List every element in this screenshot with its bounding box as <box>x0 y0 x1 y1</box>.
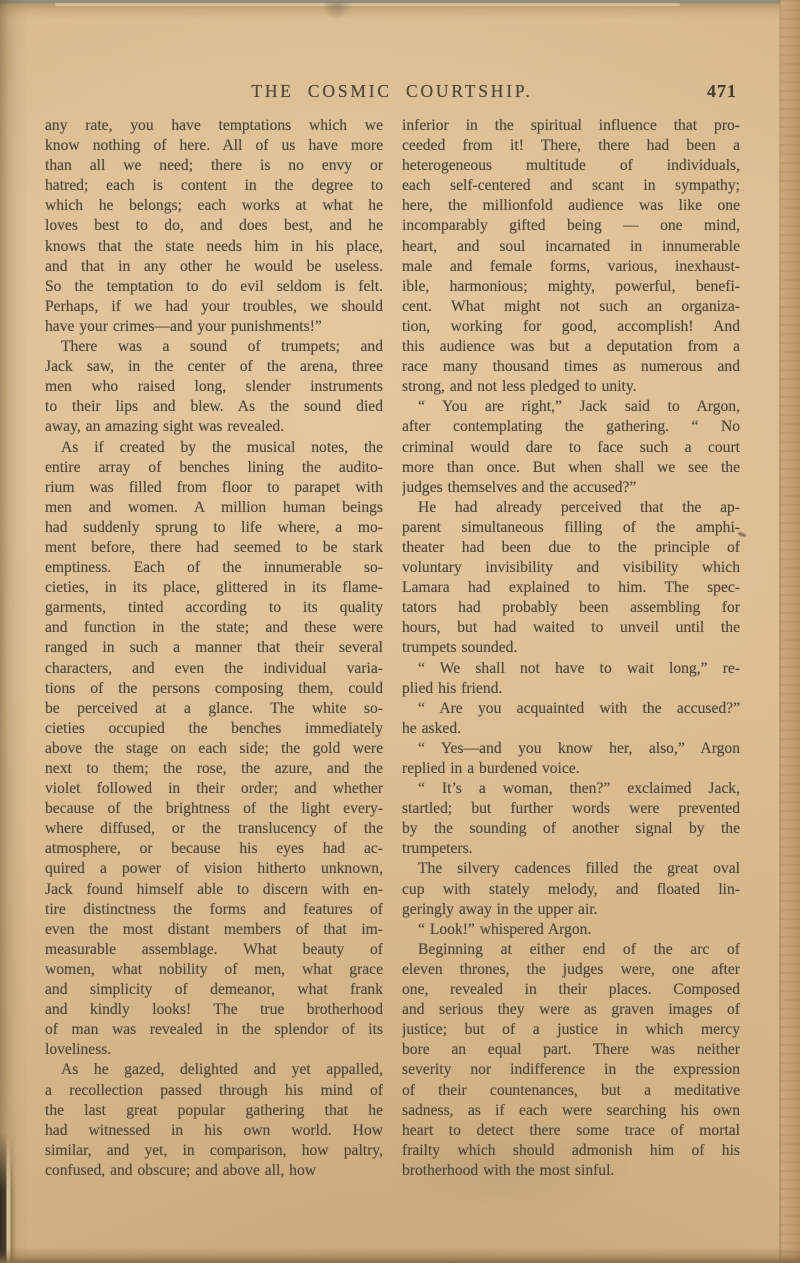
text-line: and serious they were as graven images o… <box>402 1000 740 1020</box>
text-line: justice; but of a justice in which mercy <box>402 1020 740 1040</box>
text-line: confused, and obscure; and above all, ho… <box>45 1161 383 1181</box>
column-right: inferior in the spiritual influence that… <box>402 116 740 1181</box>
text-line: frailty which should admonish him of his <box>402 1141 740 1161</box>
text-line: trumpets sounded. <box>402 638 740 658</box>
text-line: to their lips and blew. As the sound die… <box>45 397 383 417</box>
text-line: theater had been due to the principle of <box>402 538 740 558</box>
text-line: more than once. But when shall we see th… <box>402 458 740 478</box>
text-line: ible, harmonious; mighty, powerful, bene… <box>402 277 740 297</box>
text-line: tators had probably been assembling for <box>402 598 740 618</box>
text-line: than all we need; there is no envy or <box>45 156 383 176</box>
text-line: heart to detect there some trace of mort… <box>402 1121 740 1141</box>
paragraph: “ Yes—and you know her, also,” Argonrepl… <box>402 739 740 779</box>
text-line: “ Are you acquainted with the accused?” <box>402 699 740 719</box>
paragraph: Beginning at either end of the arc ofele… <box>402 940 740 1181</box>
text-line: severity nor indifference in the express… <box>402 1060 740 1080</box>
text-line: loves best to do, and does best, and he <box>45 216 383 236</box>
text-line: male and female forms, various, inexhaus… <box>402 257 740 277</box>
text-line: “ Look!” whispered Argon. <box>402 920 740 940</box>
text-line: of their countenances, but a meditative <box>402 1081 740 1101</box>
text-line: Jack found himself able to discern with … <box>45 880 383 900</box>
text-line: characters, and even the individual vari… <box>45 659 383 679</box>
text-line: strong, and not less pledged to unity. <box>402 377 740 397</box>
text-line: “ Yes—and you know her, also,” Argon <box>402 739 740 759</box>
text-line: men who raised long, slender instruments <box>45 377 383 397</box>
text-line: startled; but further words were prevent… <box>402 799 740 819</box>
text-line: the last great popular gathering that he <box>45 1101 383 1121</box>
text-line: any rate, you have temptations which we <box>45 116 383 136</box>
text-line: geringly away in the upper air. <box>402 900 740 920</box>
text-line: heterogeneous multitude of individuals, <box>402 156 740 176</box>
text-line: garments, tinted according to its qualit… <box>45 598 383 618</box>
text-line: cup with stately melody, and floated lin… <box>402 880 740 900</box>
paragraph: The silvery cadences filled the great ov… <box>402 859 740 919</box>
stain-mark-top <box>322 2 352 20</box>
text-line: voluntary invisibility and visibility wh… <box>402 558 740 578</box>
text-line: quired a power of vision hitherto unknow… <box>45 859 383 879</box>
text-line: after contemplating the gathering. “ No <box>402 417 740 437</box>
text-line: eleven thrones, the judges were, one aft… <box>402 960 740 980</box>
text-line: tions of the persons composing them, cou… <box>45 679 383 699</box>
text-line: here, the millionfold audience was like … <box>402 196 740 216</box>
text-line: As he gazed, delighted and yet appalled, <box>45 1060 383 1080</box>
text-line: had witnessed in his own world. How <box>45 1121 383 1141</box>
text-line: bore an equal part. There was neither <box>402 1040 740 1060</box>
paragraph: any rate, you have temptations which wek… <box>45 116 383 337</box>
text-line: entire array of benches lining the audit… <box>45 458 383 478</box>
text-line: “ You are right,” Jack said to Argon, <box>402 397 740 417</box>
text-line: ment before, there had seemed to be star… <box>45 538 383 558</box>
text-line: each self-centered and scant in sympathy… <box>402 176 740 196</box>
page-edge-bottom <box>0 1247 800 1263</box>
paragraph: There was a sound of trumpets; andJack s… <box>45 337 383 437</box>
running-title: THE COSMIC COURTSHIP. <box>45 81 739 102</box>
text-line: had suddenly sprung to life where, a mo- <box>45 518 383 538</box>
text-line: violet followed in their order; and whet… <box>45 779 383 799</box>
text-line: by the sounding of another signal by the <box>402 819 740 839</box>
text-line: heart, and soul incarnated in innumerabl… <box>402 237 740 257</box>
text-line: race many thousand times as numerous and <box>402 357 740 377</box>
text-line: which he belongs; each works at what he <box>45 196 383 216</box>
paragraph: “ We shall not have to wait long,” re-pl… <box>402 659 740 699</box>
binding-shadow-left <box>0 0 28 1263</box>
text-line: So the temptation to do evil seldom is f… <box>45 277 383 297</box>
text-line: have your crimes—and your punishments!” <box>45 317 383 337</box>
text-line: above the stage on each side; the gold w… <box>45 739 383 759</box>
text-line: cieties, in its place, glittered in its … <box>45 578 383 598</box>
paragraph: As he gazed, delighted and yet appalled,… <box>45 1060 383 1181</box>
page-edge-top-highlight <box>55 3 680 6</box>
text-line: emptiness. Each of the innumerable so- <box>45 558 383 578</box>
text-line: a recollection passed through his mind o… <box>45 1081 383 1101</box>
text-line: rium was filled from floor to parapet wi… <box>45 478 383 498</box>
text-line: men and women. A million human beings <box>45 498 383 518</box>
text-line: next to them; the rose, the azure, and t… <box>45 759 383 779</box>
text-line: knows that the state needs him in his pl… <box>45 237 383 257</box>
text-line: tire distinctness the forms and features… <box>45 900 383 920</box>
text-line: criminal would dare to face such a court <box>402 438 740 458</box>
text-line: even the most distant members of that im… <box>45 920 383 940</box>
text-line: measurable assemblage. What beauty of <box>45 940 383 960</box>
column-left: any rate, you have temptations which wek… <box>45 116 383 1181</box>
text-line: plied his friend. <box>402 679 740 699</box>
text-line: ceeded from it! There, there had been a <box>402 136 740 156</box>
text-line: know nothing of here. All of us have mor… <box>45 136 383 156</box>
text-line: of man was revealed in the splendor of i… <box>45 1020 383 1040</box>
text-line: because of the brightness of the light e… <box>45 799 383 819</box>
paragraph: “ It’s a woman, then?” exclaimed Jack,st… <box>402 779 740 859</box>
text-line: Perhaps, if we had your troubles, we sho… <box>45 297 383 317</box>
text-line: be perceived at a glance. The white so- <box>45 699 383 719</box>
spine-corner-bottom-left <box>0 1133 16 1263</box>
text-line: As if created by the musical notes, the <box>45 438 383 458</box>
text-line: sadness, as if each were searching his o… <box>402 1101 740 1121</box>
text-line: “ It’s a woman, then?” exclaimed Jack, <box>402 779 740 799</box>
text-line: loveliness. <box>45 1040 383 1060</box>
text-columns: any rate, you have temptations which wek… <box>45 116 740 1181</box>
text-line: replied in a burdened voice. <box>402 759 740 779</box>
text-line: atmosphere, or because his eyes had ac- <box>45 839 383 859</box>
text-line: He had already perceived that the ap- <box>402 498 740 518</box>
text-line: The silvery cadences filled the great ov… <box>402 859 740 879</box>
text-line: inferior in the spiritual influence that… <box>402 116 740 136</box>
text-line: cent. What might not such an organiza- <box>402 297 740 317</box>
paragraph: He had already perceived that the ap-par… <box>402 498 740 659</box>
text-line: Jack saw, in the center of the arena, th… <box>45 357 383 377</box>
text-line: away, an amazing sight was revealed. <box>45 417 383 437</box>
text-line: brotherhood with the most sinful. <box>402 1161 740 1181</box>
paragraph: “ Are you acquainted with the accused?”h… <box>402 699 740 739</box>
page-number: 471 <box>707 81 737 102</box>
text-line: this audience was but a deputation from … <box>402 337 740 357</box>
page-crease-right <box>779 0 781 1263</box>
paragraph: As if created by the musical notes, thee… <box>45 438 383 1061</box>
text-line: incomparably gifted being — one mind, <box>402 216 740 236</box>
text-line: ranged in such a manner that their sever… <box>45 638 383 658</box>
text-line: Lamara had explained to him. The spec- <box>402 578 740 598</box>
text-line: “ We shall not have to wait long,” re- <box>402 659 740 679</box>
text-line: cieties occupied the benches immediately <box>45 719 383 739</box>
text-line: he asked. <box>402 719 740 739</box>
text-line: and kindly looks! The true brotherhood <box>45 1000 383 1020</box>
text-line: trumpeters. <box>402 839 740 859</box>
text-line: judges themselves and the accused?” <box>402 478 740 498</box>
paragraph: inferior in the spiritual influence that… <box>402 116 740 397</box>
text-line: and simplicity of demeanor, what frank <box>45 980 383 1000</box>
page-header: THE COSMIC COURTSHIP. 471 <box>45 81 739 103</box>
text-line: women, what nobility of men, what grace <box>45 960 383 980</box>
text-line: parent simultaneous filling of the amphi… <box>402 518 740 538</box>
text-line: one, revealed in their places. Composed <box>402 980 740 1000</box>
book-page: THE COSMIC COURTSHIP. 471 any rate, you … <box>0 0 800 1263</box>
page-edge-right <box>780 0 800 1263</box>
text-line: and that in any other he would be useles… <box>45 257 383 277</box>
text-line: hatred; each is content in the degree to <box>45 176 383 196</box>
text-line: similar, and yet, in comparison, how pal… <box>45 1141 383 1161</box>
paragraph: “ You are right,” Jack said to Argon,aft… <box>402 397 740 497</box>
text-line: There was a sound of trumpets; and <box>45 337 383 357</box>
text-line: Beginning at either end of the arc of <box>402 940 740 960</box>
text-line: tion, working for good, accomplish! And <box>402 317 740 337</box>
paragraph: “ Look!” whispered Argon. <box>402 920 740 940</box>
text-line: where diffused, or the translucency of t… <box>45 819 383 839</box>
text-line: and function in the state; and these wer… <box>45 618 383 638</box>
text-line: hours, but had waited to unveil until th… <box>402 618 740 638</box>
